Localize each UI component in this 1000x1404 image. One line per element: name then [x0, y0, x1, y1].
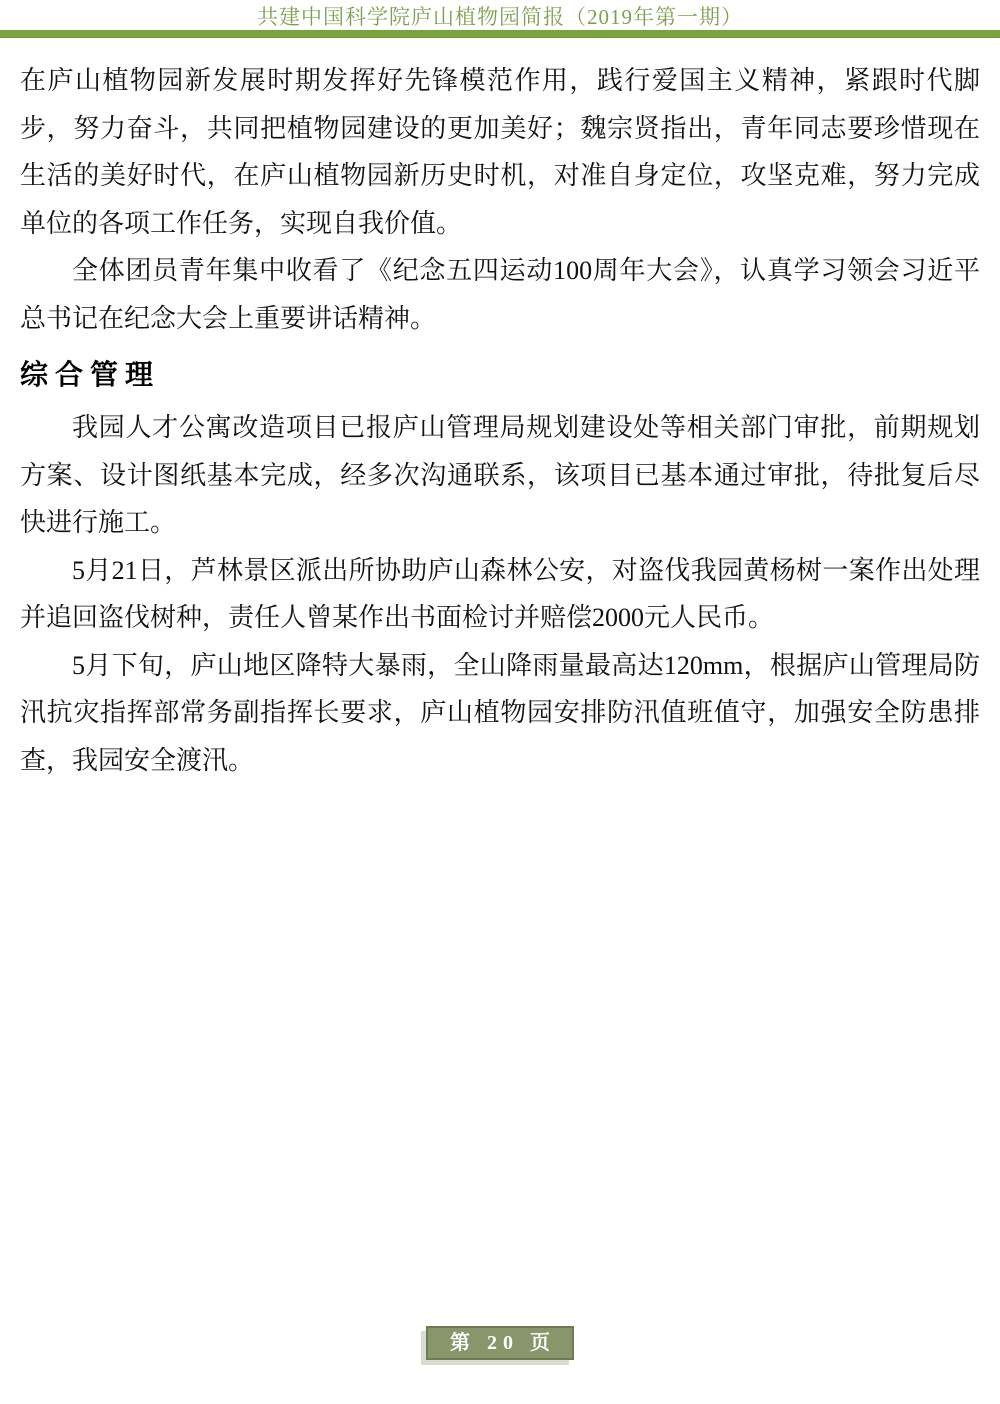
page-footer: 第 20 页: [0, 1326, 1000, 1360]
paragraph: 5月下旬，庐山地区降特大暴雨，全山降雨量最高达120mm，根据庐山管理局防汛抗灾…: [20, 642, 980, 785]
section-heading-comprehensive-management: 综合管理: [20, 356, 980, 394]
paragraph-continuation: 在庐山植物园新发展时期发挥好先锋模范作用，践行爱国主义精神，紧跟时代脚步，努力奋…: [20, 57, 980, 247]
paragraph: 我园人才公寓改造项目已报庐山管理局规划建设处等相关部门审批，前期规划方案、设计图…: [20, 404, 980, 547]
paragraph: 5月21日，芦林景区派出所协助庐山森林公安，对盗伐我园黄杨树一案作出处理并追回盗…: [20, 547, 980, 642]
bulletin-header-title: 共建中国科学院庐山植物园简报（2019年第一期）: [0, 5, 1000, 29]
page-number-badge: 第 20 页: [426, 1326, 574, 1360]
document-body: 在庐山植物园新发展时期发挥好先锋模范作用，践行爱国主义精神，紧跟时代脚步，努力奋…: [20, 57, 980, 784]
document-page: 共建中国科学院庐山植物园简报（2019年第一期） 在庐山植物园新发展时期发挥好先…: [0, 0, 1000, 1404]
header-rule: [0, 30, 1000, 38]
paragraph: 全体团员青年集中收看了《纪念五四运动100周年大会》，认真学习领会习近平总书记在…: [20, 247, 980, 342]
